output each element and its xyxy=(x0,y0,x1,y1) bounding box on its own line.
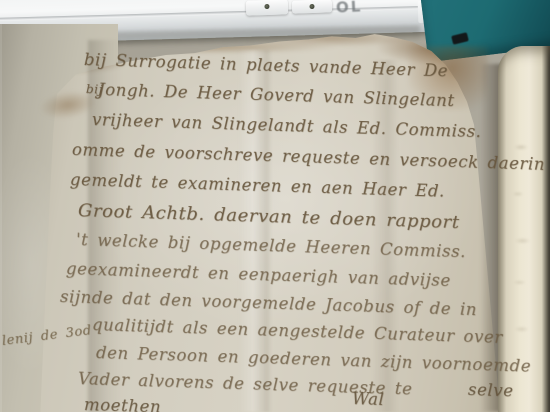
sill-clip-left xyxy=(246,0,288,16)
sill-marking: OL xyxy=(336,0,363,17)
screw-hole-icon xyxy=(309,4,314,9)
handwriting-word: Wal xyxy=(352,389,385,409)
handwriting-word: selve xyxy=(468,380,514,400)
screw-hole-icon xyxy=(264,4,269,9)
handwriting-word: moethen xyxy=(84,395,162,412)
manuscript-photo: OL bij Surrogatie in plaets vande Heer D… xyxy=(0,0,550,412)
sill-clip-right xyxy=(292,0,332,14)
